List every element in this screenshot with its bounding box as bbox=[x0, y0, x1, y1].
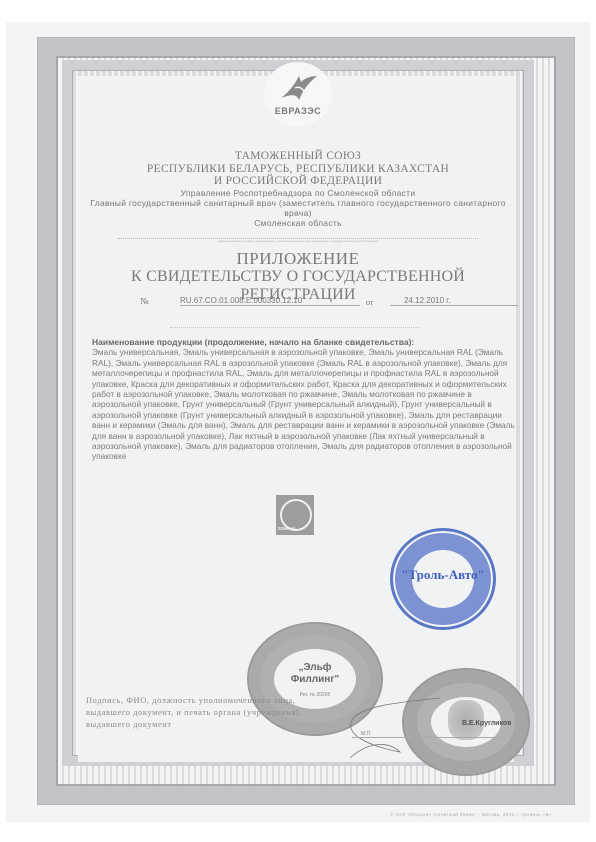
form-footer: © ЗАО «Опцион» (печатный бланк) – Москва… bbox=[390, 812, 552, 817]
registration-caption-line bbox=[170, 327, 420, 330]
hologram-seal: 0256444 bbox=[276, 495, 314, 535]
official-signature-name: В.Е.Кругликов bbox=[462, 720, 511, 727]
troll-auto-stamp: "Троль-Авто" bbox=[390, 528, 496, 630]
union-line-1: ТАМОЖЕННЫЙ СОЮЗ bbox=[82, 150, 514, 163]
elf-filling-stamp-name: „Эльф Филлинг" bbox=[249, 662, 381, 686]
signature-line bbox=[352, 737, 502, 738]
product-list-heading: Наименование продукции (продолжение, нач… bbox=[92, 337, 520, 347]
registration-date: 24.12.2010 г. bbox=[390, 296, 518, 306]
emblem-label: ЕВРАЗЭС bbox=[275, 106, 321, 116]
troll-auto-stamp-name: "Троль-Авто" bbox=[393, 567, 493, 583]
union-line-2: РЕСПУБЛИКИ БЕЛАРУСЬ, РЕСПУБЛИКИ КАЗАХСТА… bbox=[82, 163, 514, 176]
authority-caption: (наименование органа (учреждения), уполн… bbox=[118, 239, 478, 243]
eurasec-emblem-icon bbox=[275, 72, 321, 106]
number-label: № bbox=[140, 296, 149, 306]
issuing-official: Главный государственный санитарный врач … bbox=[82, 198, 514, 218]
product-list: Наименование продукции (продолжение, нач… bbox=[92, 337, 520, 462]
date-label: от bbox=[366, 298, 373, 307]
customs-union-header: ТАМОЖЕННЫЙ СОЮЗ РЕСПУБЛИКИ БЕЛАРУСЬ, РЕС… bbox=[82, 150, 514, 228]
issuing-region: Смоленская область bbox=[82, 218, 514, 228]
document-title: ПРИЛОЖЕНИЕ bbox=[82, 250, 514, 268]
registration-number: RU.67.CO.01.008.E.000330.12.10 bbox=[180, 296, 360, 306]
hologram-serial: 0256444 bbox=[278, 526, 296, 531]
eurasec-emblem: ЕВРАЗЭС bbox=[264, 62, 332, 126]
signature-block-label: Подпись, ФИО, должность уполномоченного … bbox=[86, 695, 316, 731]
issuing-authority: Управление Роспотребнадзора по Смоленско… bbox=[82, 188, 514, 198]
elf-filling-name-line-1: „Эльф bbox=[249, 662, 381, 674]
seal-place-label: М.П. bbox=[361, 731, 372, 737]
elf-filling-name-line-2: Филлинг" bbox=[249, 674, 381, 686]
handwritten-signature bbox=[330, 692, 450, 762]
product-list-text: Эмаль универсальная, Эмаль универсальная… bbox=[92, 347, 520, 461]
union-line-3: И РОССИЙСКОЙ ФЕДЕРАЦИИ bbox=[82, 175, 514, 188]
